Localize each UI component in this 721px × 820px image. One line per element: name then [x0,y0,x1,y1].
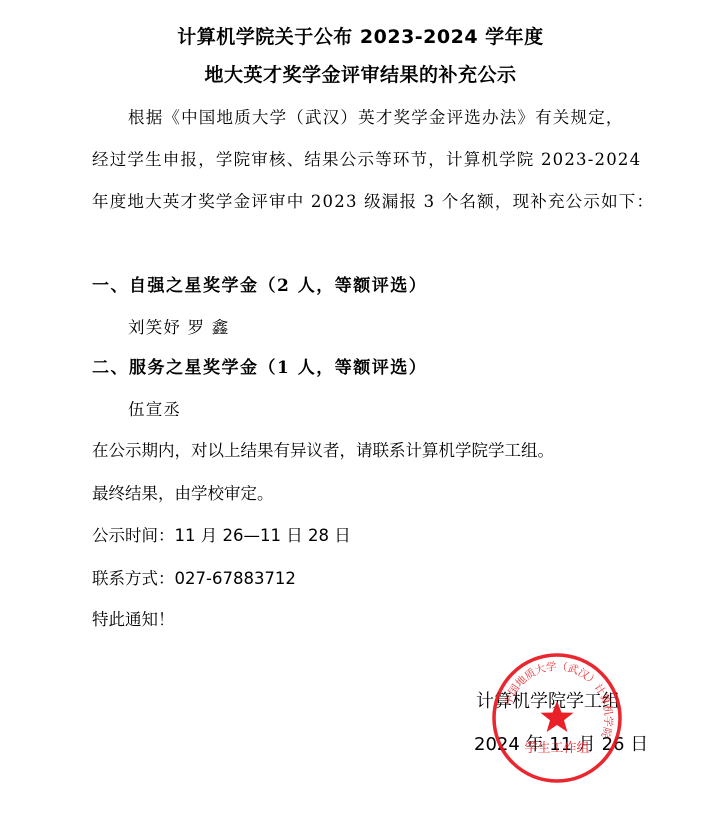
section-names-2: 伍宣丞 [128,396,181,420]
final-note: 最终结果，由学校审定。 [92,480,274,504]
intro-line-2: 经过学生申报，学院审核、结果公示等环节，计算机学院 2023-2024 [92,146,641,170]
contact-note: 联系方式：027-67883712 [92,565,296,589]
signature-date: 2024 年 11 月 26 日 [474,730,648,756]
section-heading-2: 二、服务之星奖学金（1 人，等额评选） [92,353,427,378]
intro-line-3: 年度地大英才奖学金评审中 2023 级漏报 3 个名额，现补充公示如下： [92,188,654,212]
title-line-2: 地大英才奖学金评审结果的补充公示 [0,60,721,87]
signature-org: 计算机学院学工组 [476,687,620,713]
objection-note: 在公示期内，对以上结果有异议者，请联系计算机学院学工组。 [92,437,554,461]
title-line-1: 计算机学院关于公布 2023-2024 学年度 [0,22,721,49]
official-seal-icon: 中国地质大学（武汉）计算机学院 学生工作组 [490,651,624,785]
section-names-1: 刘笑妤 罗 鑫 [128,314,229,338]
section-heading-1: 一、自强之星奖学金（2 人，等额评选） [92,271,427,296]
period-note: 公示时间：11 月 26—11 日 28 日 [92,522,351,546]
closing-note: 特此通知！ [92,606,175,630]
intro-line-1: 根据《中国地质大学（武汉）英才奖学金评选办法》有关规定， [128,104,624,128]
